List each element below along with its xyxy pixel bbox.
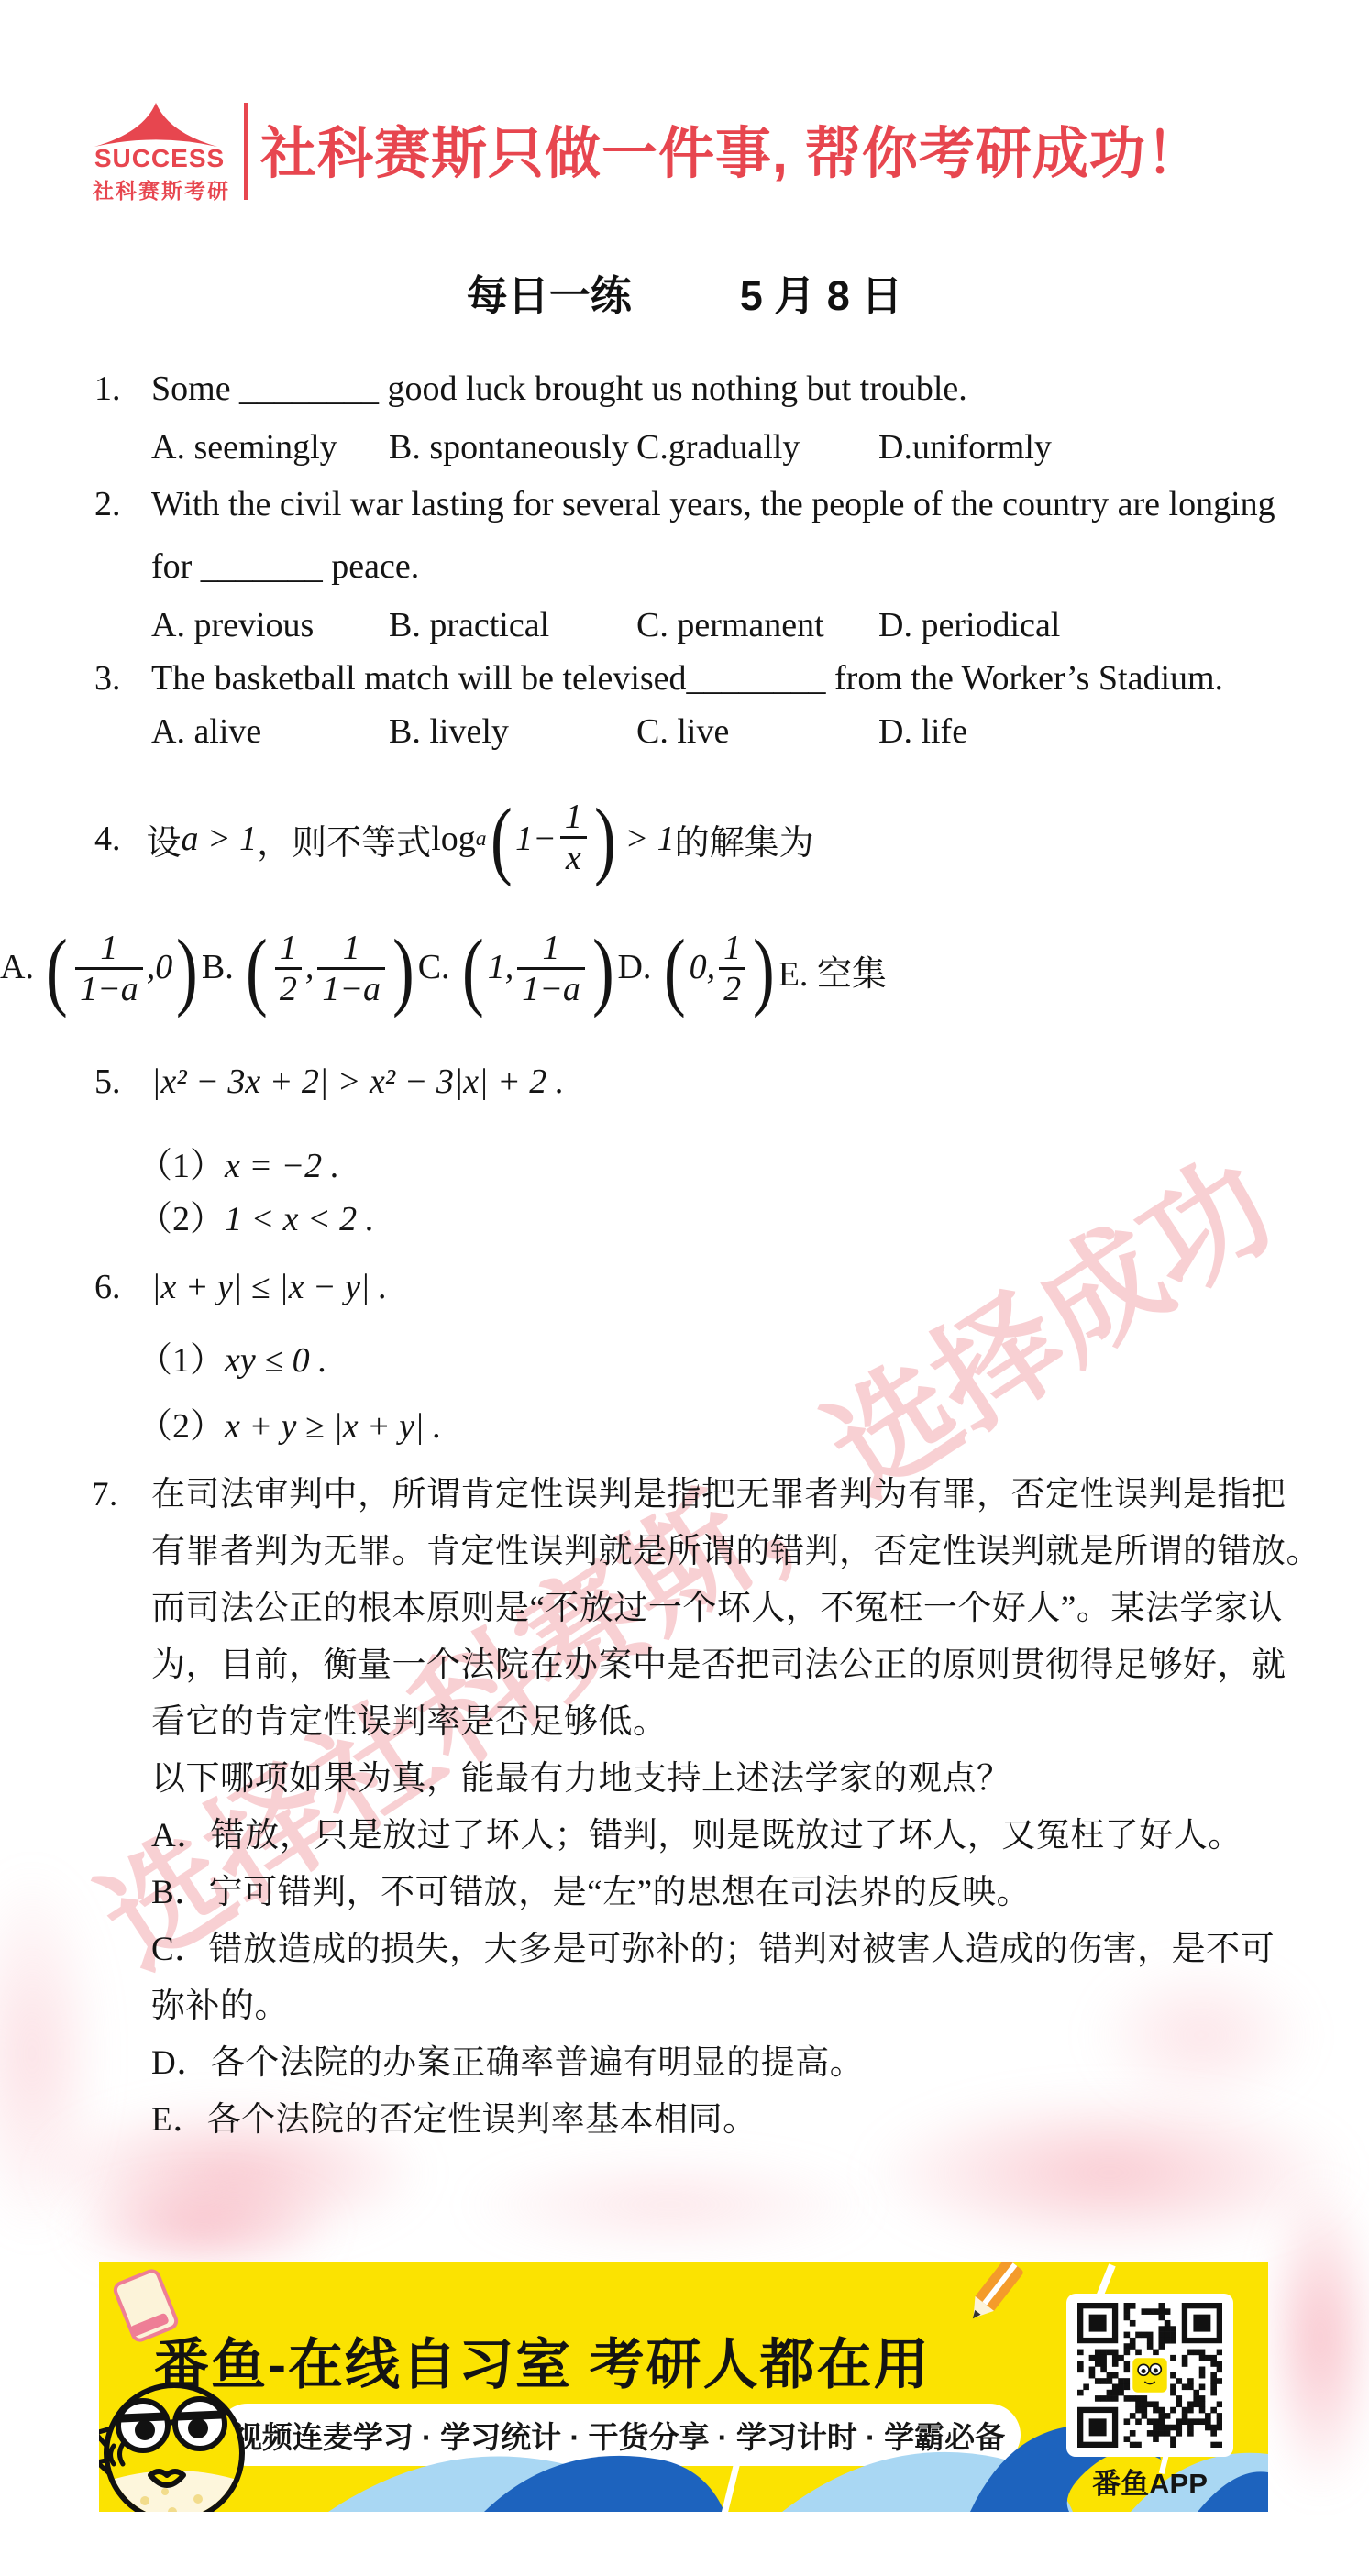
- logo-brand: SUCCESS: [85, 144, 234, 173]
- stem-line: 在司法审判中，所谓肯定性误判是指把无罪者判为有罪，否定性误判是指把: [151, 1467, 1286, 1524]
- option-d: D．各个法院的办案正确率普遍有明显的提高。: [151, 2035, 864, 2092]
- stem-line: 有罪者判为无罪。肯定性误判就是所谓的错判，否定性误判就是所谓的错放。: [151, 1524, 1320, 1580]
- stem-mid: ，则不等式: [257, 814, 431, 864]
- inner-pre: 1−: [515, 819, 557, 859]
- watercolor-blotch: [64, 2182, 339, 2273]
- qr-code[interactable]: [1066, 2294, 1233, 2457]
- option-b: B. lively: [389, 711, 509, 752]
- stem-tail: 的解集为: [675, 814, 814, 864]
- pencil-icon: [962, 2262, 1025, 2328]
- question-stem: Some ________ good luck brought us nothi…: [151, 369, 967, 409]
- option-a: A. (11−a,0): [0, 930, 202, 1010]
- option-c: C. (1,11−a): [418, 930, 618, 1010]
- qr-label: 番鱼APP: [1066, 2460, 1233, 2502]
- log-fn: log: [431, 819, 476, 859]
- condition: a > 1: [182, 819, 258, 859]
- question-number: 7.: [92, 1467, 118, 1524]
- option-a: A．错放，只是放过了坏人；错判，则是既放过了坏人，又冤枉了好人。: [151, 1808, 1242, 1865]
- question-4-options: A. (11−a,0) B. (12,11−a) C. (1,11−a) D. …: [0, 915, 1369, 1025]
- question-number: 3.: [94, 658, 121, 699]
- fraction: 1x: [560, 799, 587, 879]
- question-stem: |x² − 3x + 2| > x² − 3|x| + 2 .: [151, 1062, 564, 1102]
- watercolor-blotch: [1265, 2182, 1369, 2493]
- stem-line: 而司法公正的根本原则是“不放过一个坏人，不冤枉一个好人”。某法学家认: [151, 1580, 1283, 1637]
- question-number: 2.: [94, 484, 121, 524]
- option-d: D. life: [878, 711, 967, 752]
- question-number: 6.: [94, 1267, 121, 1307]
- pufferfish-mascot: [99, 2372, 250, 2512]
- question-number: 1.: [94, 369, 121, 409]
- question-4: 4. 设 a > 1 ，则不等式 loga ( 1− 1x ) > 1 的解集为: [0, 784, 1369, 894]
- option-c-continued: 弥补的。: [151, 1978, 289, 2035]
- page-title-date: 5 月 8 日: [740, 272, 903, 319]
- stem-question: 以下哪项如果为真，能最有力地支持上述法学家的观点？: [151, 1751, 1011, 1808]
- question-number: 4.: [94, 819, 121, 859]
- question-7: 7.在司法审判中，所谓肯定性误判是指把无罪者判为有罪，否定性误判是指把 有罪者判…: [0, 1467, 1369, 2149]
- page-title-left: 每日一练: [467, 272, 632, 319]
- option-b: B. spontaneously: [389, 427, 629, 468]
- option-d: D.uniformly: [878, 427, 1052, 468]
- app-promo-banner[interactable]: 番鱼-在线自习室 考研人都在用 视频连麦学习 · 学习统计 · 干货分享 · 学…: [99, 2262, 1268, 2512]
- option-a: A. alive: [151, 711, 261, 752]
- stem-pre: 设: [147, 814, 182, 864]
- log-base: a: [476, 827, 487, 852]
- option-d: D. (0,12): [617, 930, 778, 1010]
- option-c: C. permanent: [636, 605, 824, 645]
- logo-divider: [244, 103, 248, 200]
- question-number: 5.: [94, 1062, 121, 1102]
- option-d: D. periodical: [878, 605, 1060, 645]
- header-slogan: 社科赛斯只做一件事, 帮你考研成功！: [260, 119, 1324, 187]
- option-b: B. practical: [389, 605, 549, 645]
- option-a: A. previous: [151, 605, 314, 645]
- option-e: E. 空集: [778, 945, 887, 996]
- logo-roof-icon: [92, 103, 220, 147]
- option-b: B. (12,11−a): [202, 930, 418, 1010]
- stem-line: 为，目前，衡量一个法院在办案中是否把司法公正的原则贯彻得足够好，就: [151, 1637, 1286, 1694]
- question-stem: |x + y| ≤ |x − y| .: [151, 1267, 387, 1307]
- option-c: C．错放造成的损失，大多是可弥补的；错判对被害人造成的伤害，是不可: [151, 1921, 1275, 1978]
- option-a: A. seemingly: [151, 427, 337, 468]
- watercolor-blotch: [458, 2154, 880, 2255]
- option-c: C. live: [636, 711, 729, 752]
- option-c: C.gradually: [636, 427, 800, 468]
- page-title: 每日一练5 月 8 日: [0, 262, 1369, 322]
- option-b: B．宁可错判，不可错放，是“左”的思想在司法界的反映。: [151, 1865, 1031, 1921]
- question-stem: The basketball match will be televised__…: [151, 658, 1223, 699]
- question-stem: for _______ peace.: [151, 546, 419, 587]
- option-e: E．各个法院的否定性误判率基本相同。: [151, 2092, 757, 2149]
- logo-subtitle: 社科赛斯考研: [85, 174, 237, 204]
- stem-line: 看它的肯定性误判率是否足够低。: [151, 1694, 668, 1751]
- inequality: > 1: [624, 819, 674, 859]
- question-stem: With the civil war lasting for several y…: [151, 484, 1275, 524]
- exam-page: 选择社科赛斯，选择成功 SUCCESS 社科赛斯考研 社科赛斯只做一件事, 帮你…: [0, 0, 1369, 2576]
- banner-headline: 番鱼-在线自习室 考研人都在用: [154, 2321, 931, 2400]
